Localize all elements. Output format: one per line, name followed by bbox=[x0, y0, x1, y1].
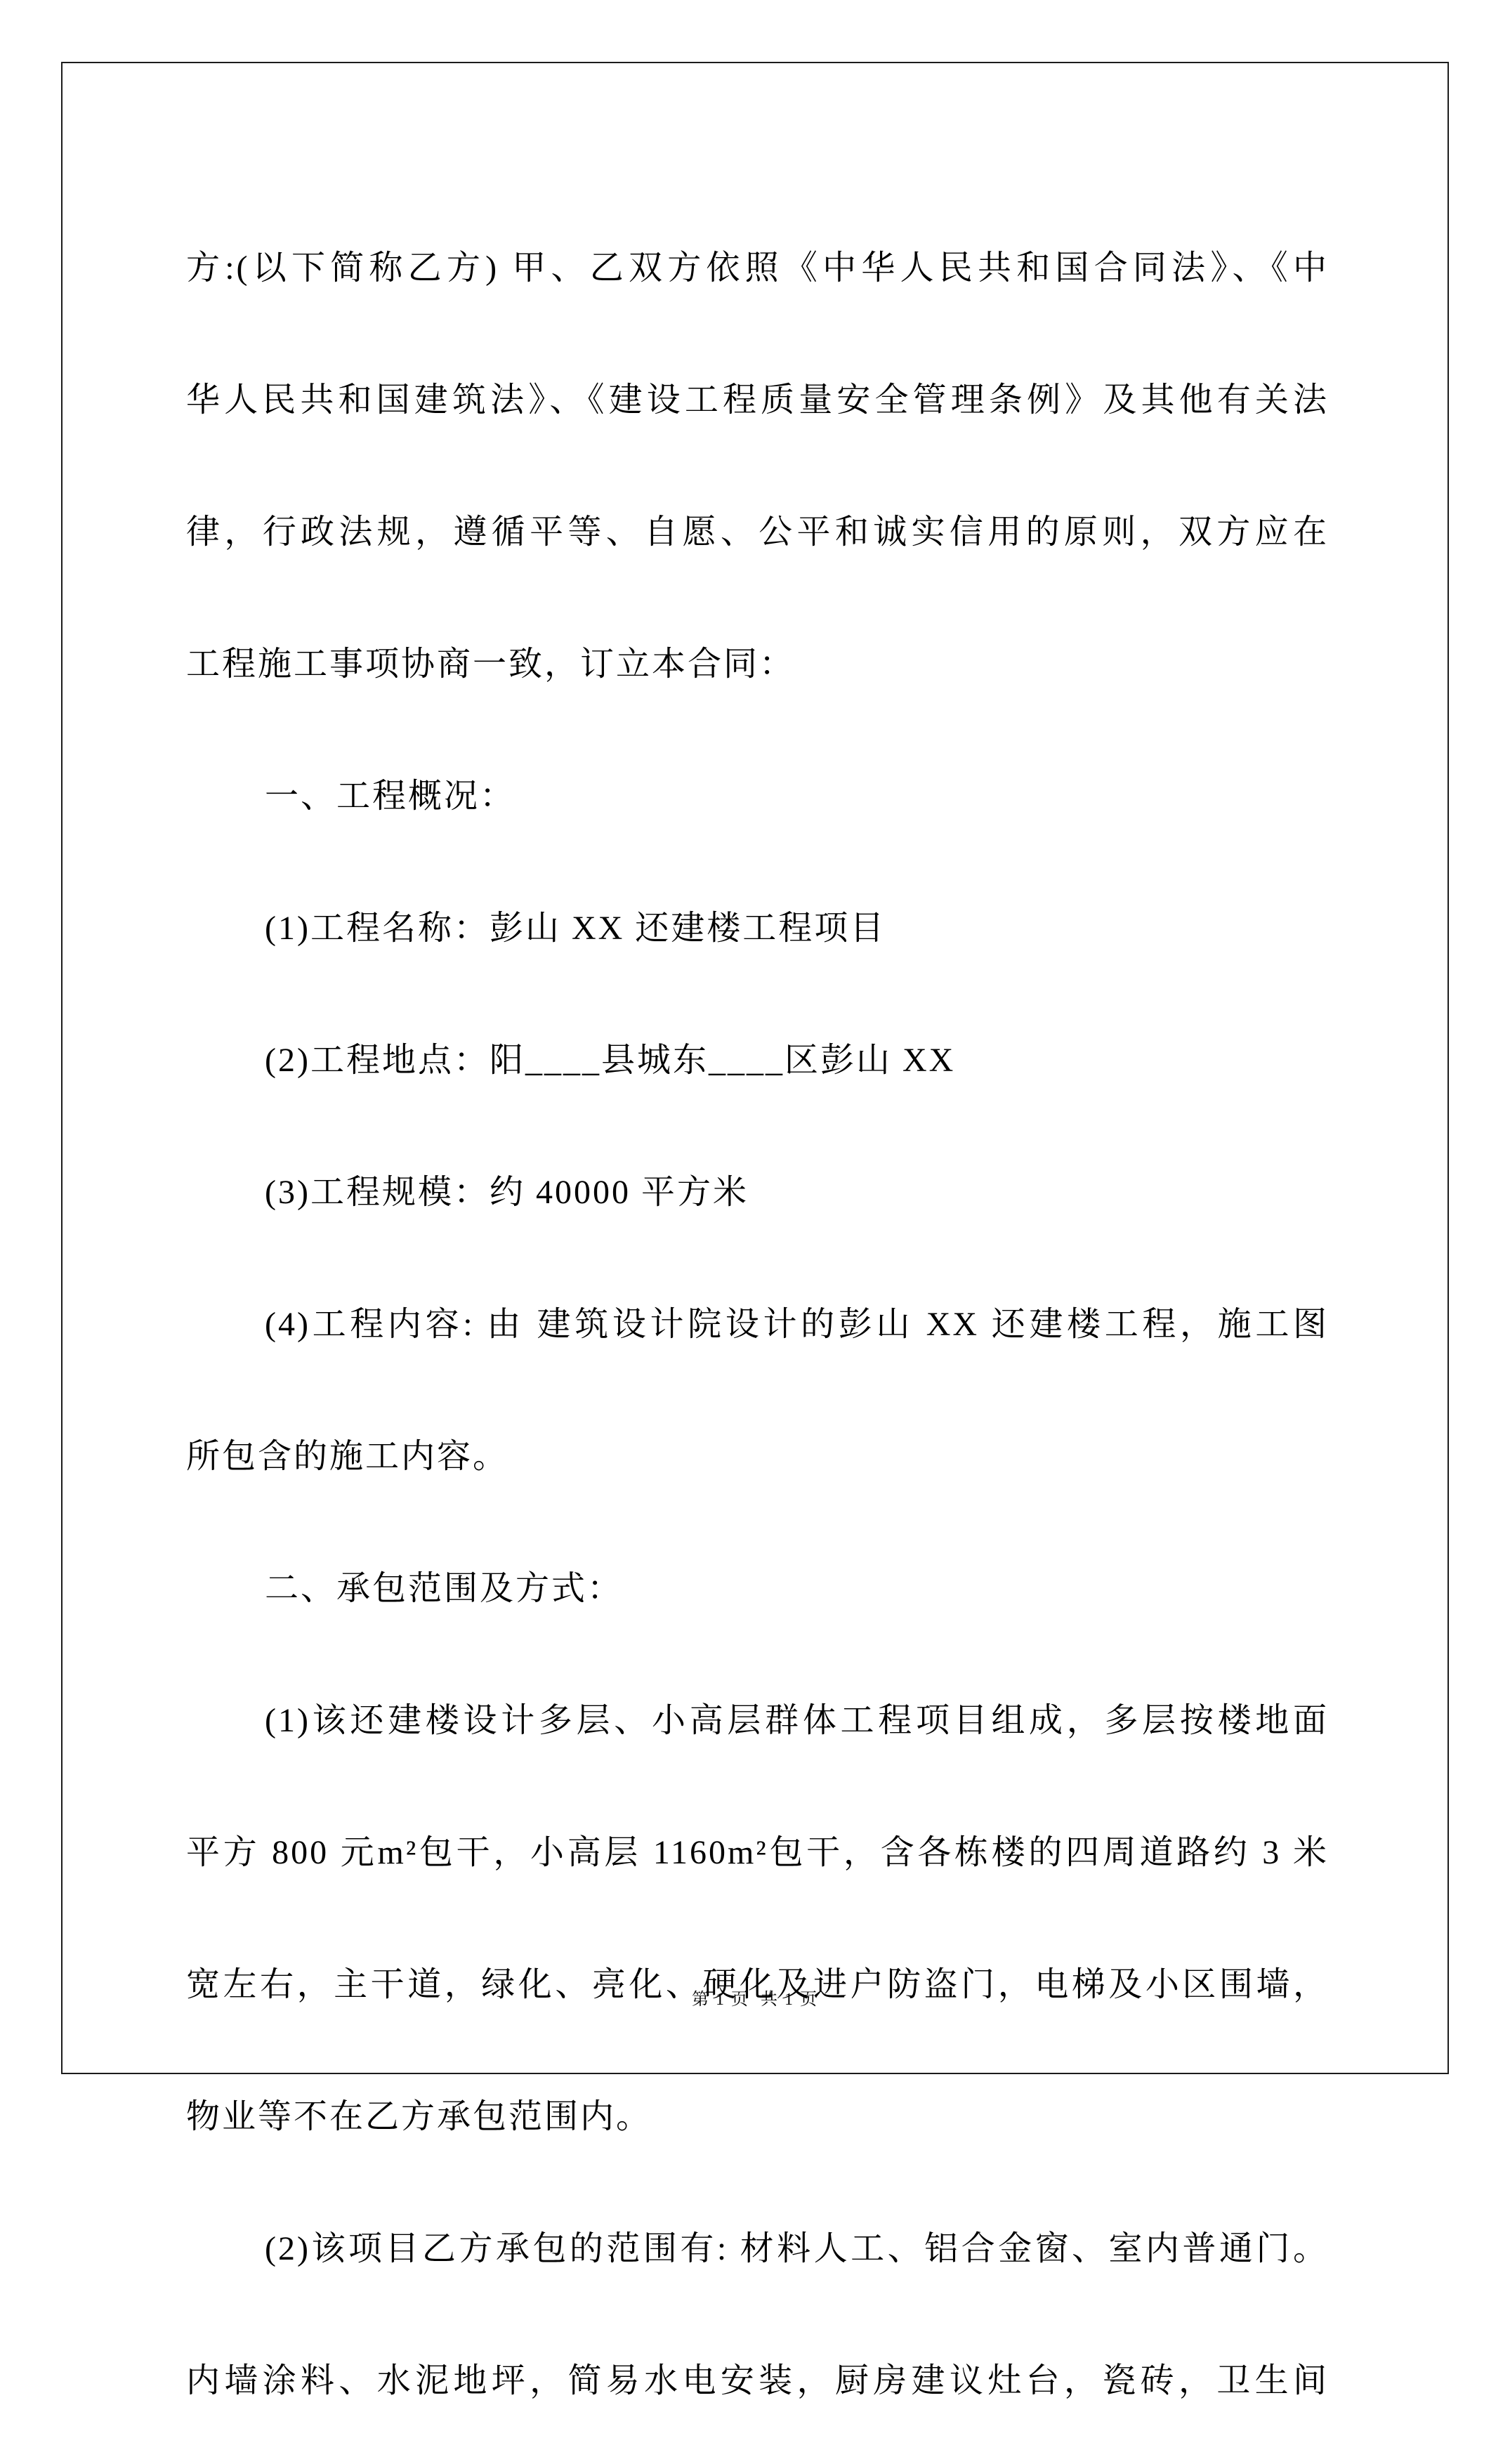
text-line: (1)工程名称：彭山 XX 还建楼工程项目 bbox=[186, 879, 1329, 978]
text-line: (2)该项目乙方承包的范围有: 材料人工、铝合金窗、室内普通门。 bbox=[186, 2200, 1329, 2298]
text-line: 平方 800 元m²包干，小高层 1160m²包干，含各栋楼的四周道路约 3 米 bbox=[186, 1804, 1329, 1902]
text-line: 华人民共和国建筑法》、《建设工程质量安全管理条例》及其他有关法 bbox=[186, 351, 1329, 450]
text-line: 物业等不在乙方承包范围内。 bbox=[186, 2068, 1329, 2166]
document-body: 方:(以下简称乙方) 甲、乙双方依照《中华人民共和国合同法》、《中 华人民共和国… bbox=[186, 185, 1329, 2464]
text-line: (3)工程规模：约 40000 平方米 bbox=[186, 1143, 1329, 1242]
text-line: 律，行政法规，遵循平等、自愿、公平和诚实信用的原则，双方应在 bbox=[186, 483, 1329, 582]
text-line: (4)工程内容: 由 建筑设计院设计的彭山 XX 还建楼工程，施工图 bbox=[186, 1276, 1329, 1374]
text-line: 内墙涂料、水泥地坪，简易水电安装，厨房建议灶台，瓷砖，卫生间 bbox=[186, 2332, 1329, 2430]
text-line: (2)工程地点：阳____县城东____区彭山 XX bbox=[186, 1011, 1329, 1110]
text-line: 方:(以下简称乙方) 甲、乙双方依照《中华人民共和国合同法》、《中 bbox=[186, 219, 1329, 317]
section-heading: 二、承包范围及方式： bbox=[186, 1540, 1329, 1638]
section-heading: 一、工程概况： bbox=[186, 747, 1329, 846]
text-line: (1)该还建楼设计多层、小高层群体工程项目组成，多层按楼地面 bbox=[186, 1672, 1329, 1770]
page-footer: 第 1 页 共 1 页 bbox=[63, 1985, 1447, 2010]
document-page: 方:(以下简称乙方) 甲、乙双方依照《中华人民共和国合同法》、《中 华人民共和国… bbox=[0, 0, 1510, 2136]
page-border-frame: 方:(以下简称乙方) 甲、乙双方依照《中华人民共和国合同法》、《中 华人民共和国… bbox=[61, 62, 1449, 2074]
text-line: 所包含的施工内容。 bbox=[186, 1408, 1329, 1506]
text-line: 工程施工事项协商一致，订立本合同： bbox=[186, 615, 1329, 714]
